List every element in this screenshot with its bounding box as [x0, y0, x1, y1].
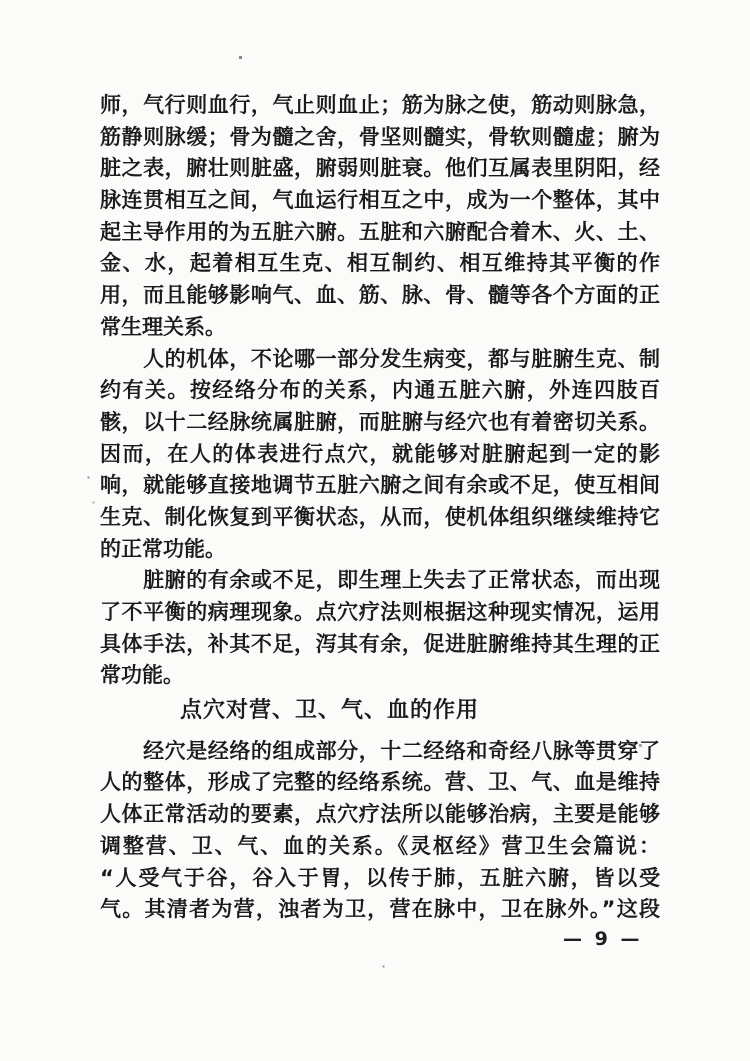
text-line: 师，气行则血行，气止则血止；筋为脉之使，筋动则脉急， — [100, 90, 660, 122]
text-line: 脉连贯相互之间，气血运行相互之中，成为一个整体，其中 — [100, 185, 660, 217]
text-block: 师，气行则血行，气止则血止；筋为脉之使，筋动则脉急，筋静则脉缓；骨为髓之舍，骨坚… — [100, 90, 660, 926]
text-line: 生克、制化恢复到平衡状态，从而，使机体组织继续维持它 — [100, 502, 660, 534]
section-heading: 点穴对营、卫、气、血的作用 — [180, 695, 660, 727]
paragraph-3: 脏腑的有余或不足，即生理上失去了正常状态，而出现了不平衡的病理现象。点穴疗法则根… — [100, 565, 660, 692]
text-line: 常功能。 — [100, 660, 660, 692]
text-line: “人受气于谷，谷入于胃，以传于肺，五脏六腑，皆以受 — [100, 863, 660, 895]
page-background: 师，气行则血行，气止则血止；筋为脉之使，筋动则脉急，筋静则脉缓；骨为髓之舍，骨坚… — [0, 0, 750, 1061]
text-line: 常生理关系。 — [100, 312, 660, 344]
text-line: 的正常功能。 — [100, 534, 660, 566]
text-line: 人体正常活动的要素，点穴疗法所以能够治病，主要是能够 — [100, 799, 660, 831]
text-line: 具体手法，补其不足，泻其有余，促进脏腑维持其生理的正 — [100, 629, 660, 661]
text-line: 因而，在人的体表进行点穴，就能够对脏腑起到一定的影 — [100, 439, 660, 471]
page-number: — 9 — — [563, 928, 642, 950]
paragraph-1: 师，气行则血行，气止则血止；筋为脉之使，筋动则脉急，筋静则脉缓；骨为髓之舍，骨坚… — [100, 90, 660, 344]
text-line: 脏腑的有余或不足，即生理上失去了正常状态，而出现 — [100, 565, 660, 597]
text-line: 人的机体，不论哪一部分发生病变，都与脏腑生克、制 — [100, 344, 660, 376]
text-line: 调整营、卫、气、血的关系。《灵枢经》营卫生会篇说： — [100, 831, 660, 863]
scanned-book-page: { "document": { "page_number": "— 9 —", … — [0, 0, 750, 1061]
text-line: 约有关。按经络分布的关系，内通五脏六腑，外连四肢百 — [100, 375, 660, 407]
paragraph-4: 经穴是经络的组成部分，十二经络和奇经八脉等贯穿了人的整体，形成了完整的经络系统。… — [100, 736, 660, 926]
text-line: 气。其清者为营，浊者为卫，营在脉中，卫在脉外。”这段 — [100, 894, 660, 926]
section-heading-text: 点穴对营、卫、气、血的作用 — [180, 695, 660, 727]
text-line: 起主导作用的为五脏六腑。五脏和六腑配合着木、火、土、 — [100, 217, 660, 249]
text-line: 筋静则脉缓；骨为髓之舍，骨坚则髓实，骨软则髓虚；腑为 — [100, 122, 660, 154]
text-line: 骸，以十二经脉统属脏腑，而脏腑与经穴也有着密切关系。 — [100, 407, 660, 439]
text-line: 金、水，起着相互生克、相互制约、相互维持其平衡的作 — [100, 248, 660, 280]
text-line: 响，就能够直接地调节五脏六腑之间有余或不足，使互相间 — [100, 470, 660, 502]
paragraph-2: 人的机体，不论哪一部分发生病变，都与脏腑生克、制约有关。按经络分布的关系，内通五… — [100, 344, 660, 566]
scan-artifact-specks — [0, 0, 1, 1]
text-line: 脏之表，腑壮则脏盛，腑弱则脏衰。他们互属表里阴阳，经 — [100, 153, 660, 185]
text-line: 经穴是经络的组成部分，十二经络和奇经八脉等贯穿了 — [100, 736, 660, 768]
text-line: 用，而且能够影响气、血、筋、脉、骨、髓等各个方面的正 — [100, 280, 660, 312]
text-line: 人的整体，形成了完整的经络系统。营、卫、气、血是维持 — [100, 767, 660, 799]
text-line: 了不平衡的病理现象。点穴疗法则根据这种现实情况，运用 — [100, 597, 660, 629]
